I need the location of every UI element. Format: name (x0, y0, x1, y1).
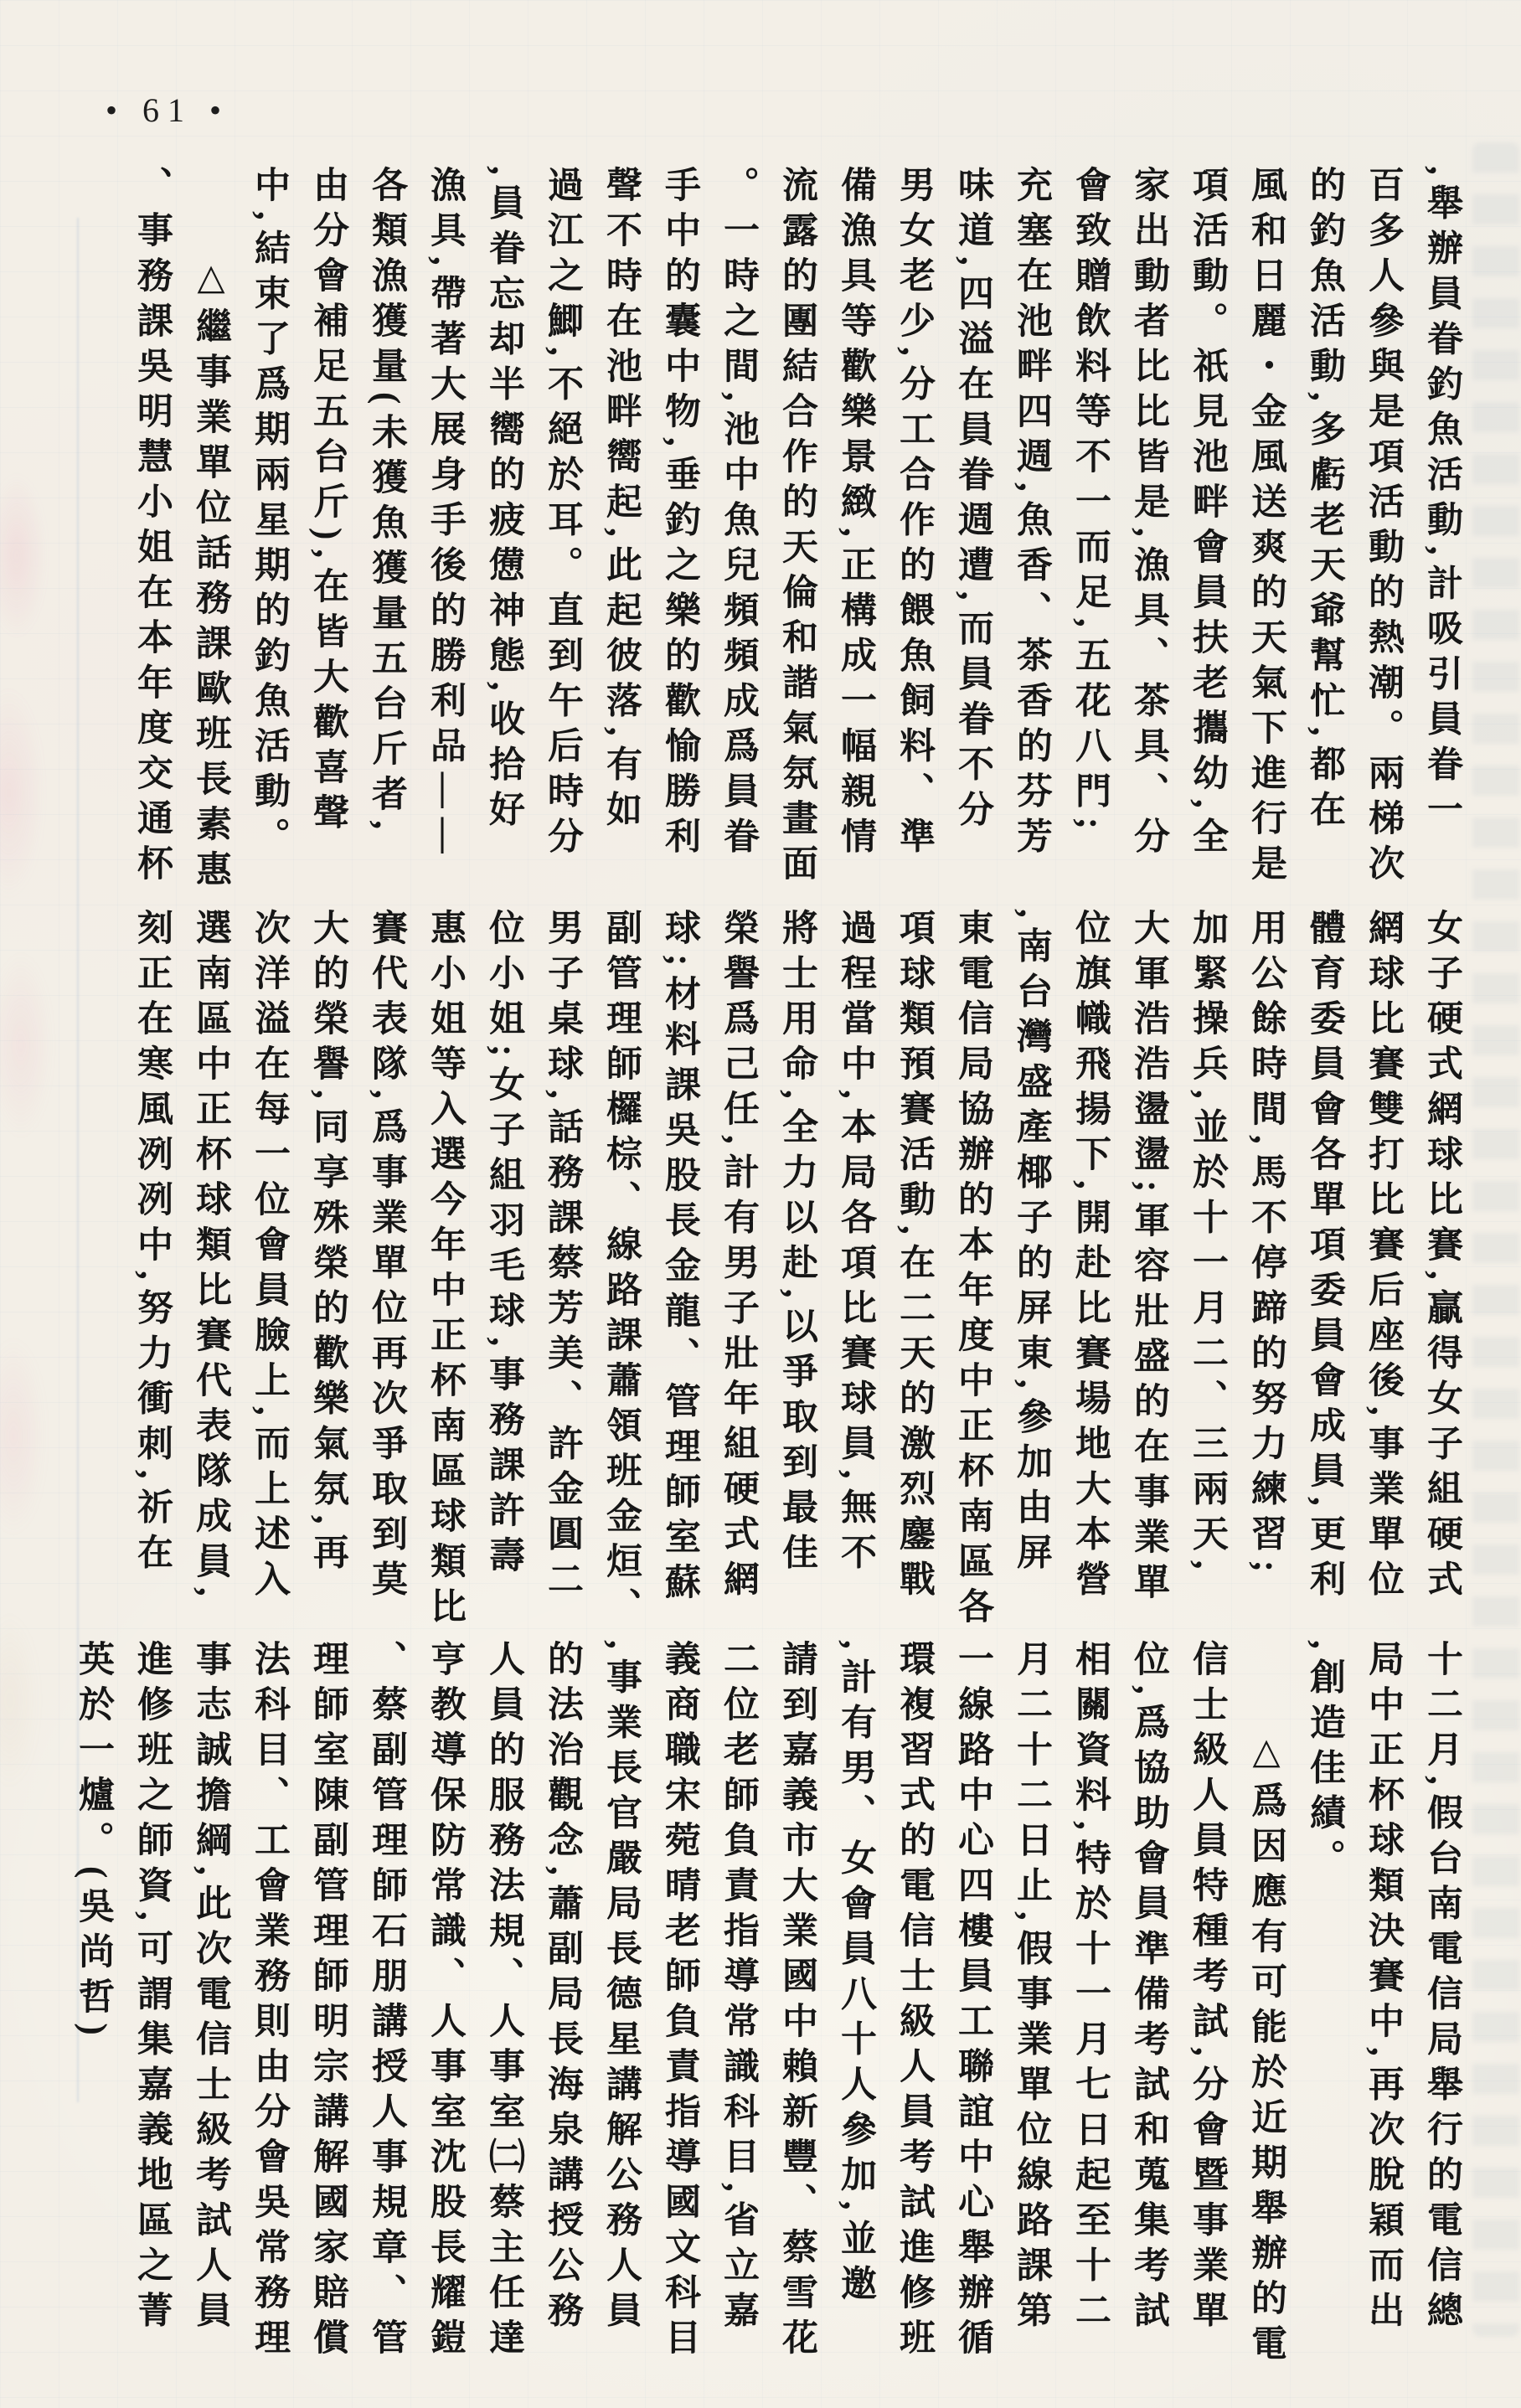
text-column: 一線路中心四樓員工聯誼中心舉辦循 (943, 1640, 1002, 2380)
text-column: ,創造佳績。 (1295, 1640, 1353, 2380)
text-column: 將士用命,全力以赴,以爭取到最佳 (767, 909, 826, 1639)
text-column: 充塞在池畔四週,魚香、茶香的芬芳 (1002, 166, 1060, 896)
text-column: ,員眷忘却半嚮的疲憊神態,收拾好 (474, 166, 533, 896)
text-column: 、蔡副管理師石朋講授人事規章、管 (357, 1640, 415, 2380)
text-column: 味道,四溢在員眷週遭,而員眷不分 (943, 166, 1002, 896)
text-column: 男子桌球,話務課蔡芳美、許金圓二 (533, 909, 591, 1639)
text-column: 環複習式的電信士級人員考試進修班 (884, 1640, 943, 2380)
left-margin-stain (0, 469, 64, 1189)
text-column: 大軍浩浩盪盪;軍容壯盛的在事業單 (1119, 909, 1178, 1639)
text-column: 。一時之間,池中魚兒頻頻成爲員眷 (709, 166, 767, 896)
text-column: 理師室陳副管理師明宗講解國家賠償 (298, 1640, 357, 2380)
text-column: 義商職宋菀晴老師負責指導國文科目 (650, 1640, 709, 2380)
text-column: 進修班之師資,可謂集嘉義地區之菁 (122, 1640, 181, 2380)
text-column: 家出動者比比皆是,漁具、茶具、分 (1119, 166, 1178, 896)
text-column: 人員的服務法規、人事室㈡蔡主任達 (474, 1640, 533, 2380)
text-column: 加緊操兵,並於十一月二、三兩天, (1178, 909, 1236, 1639)
text-column: 過江之鯽,不絕於耳。直到午后時分 (533, 166, 591, 896)
text-column: 二位老師負責指導常識科目,省立嘉 (709, 1640, 767, 2380)
text-column: 體育委員會各單項委員會成員,更利 (1295, 909, 1353, 1639)
text-column: 過程當中,本局各項比賽球員,無不 (826, 909, 884, 1639)
text-column: 球;材料課吳股長金龍、管理師室蘇 (650, 909, 709, 1639)
text-column: 的釣魚活動,多虧老天爺幫忙,都在 (1295, 166, 1353, 896)
text-column: 榮譽爲己任,計有男子壯年組硬式網 (709, 909, 767, 1639)
text-column: 亨教導保防常識、人事室沈股長耀鎧 (415, 1640, 474, 2380)
text-column: 男女老少,分工合作的餵魚飼料、準 (884, 166, 943, 896)
text-column: 項球類預賽活動,在二天的激烈鏖戰 (884, 909, 943, 1639)
article-band-middle: 女子硬式網球比賽,贏得女子組硬式網球比賽雙打比賽后座後,事業單位體育委員會各單項… (122, 909, 1471, 1639)
text-column: 相關資料,特於十一月七日起至十二 (1060, 1640, 1119, 2380)
text-column: 網球比賽雙打比賽后座後,事業單位 (1353, 909, 1412, 1639)
text-column: 月二十二日止,假事業單位線路課第 (1002, 1640, 1060, 2380)
text-column: ,計有男、女會員八十人參加,並邀 (826, 1640, 884, 2380)
page-number: • 61 • (106, 90, 229, 130)
text-column: 刻正在寒風冽冽中,努力衝刺,祈在 (122, 909, 181, 1639)
text-column: 聲不時在池畔嚮起,此起彼落,有如 (591, 166, 650, 896)
text-column: 百多人參與是項活動的熱潮。兩梯次 (1353, 166, 1412, 896)
text-column: ,南台灣盛產椰子的屏東,參加由屏 (1002, 909, 1060, 1639)
text-column: 次洋溢在每一位會員臉上,而上述入 (240, 909, 298, 1639)
text-column: 項活動。祇見池畔會員扶老攜幼,全 (1178, 166, 1236, 896)
text-column: 的法治觀念,蕭副局長海泉講授公務 (533, 1640, 591, 2380)
text-column: 流露的團結合作的天倫和諧氣氛畫面 (767, 166, 826, 896)
text-column: 選南區中正杯球類比賽代表隊成員, (181, 909, 240, 1639)
text-column: 法科目、工會業務則由分會吳常務理 (240, 1640, 298, 2380)
text-column: 惠小姐等入選今年中正杯南區球類比 (415, 909, 474, 1639)
text-column: 、事務課吳明慧小姐在本年度交通杯 (122, 166, 181, 896)
text-column: 位,爲協助會員準備考試和蒐集考試 (1119, 1640, 1178, 2380)
text-column: 十二月,假台南電信局舉行的電信總 (1412, 1640, 1471, 2380)
text-column: 英於一爐。(吳尚哲) (64, 1640, 122, 2380)
text-column: 局中正杯球類決賽中,再次脫穎而出 (1353, 1640, 1412, 2380)
text-column: 手中的囊中物,垂釣之樂的歡愉勝利 (650, 166, 709, 896)
text-column: 請到嘉義市大業國中賴新豐、蔡雪花 (767, 1640, 826, 2380)
text-column: △繼事業單位話務課歐班長素惠 (181, 166, 240, 896)
article-band-top: ,舉辦員眷釣魚活動,計吸引員眷一百多人參與是項活動的熱潮。兩梯次的釣魚活動,多虧… (122, 166, 1471, 896)
text-column: 事志誠擔綱,此次電信士級考試人員 (181, 1640, 240, 2380)
text-column: 大的榮譽,同享殊榮的歡樂氣氛,再 (298, 909, 357, 1639)
text-column: 東電信局協辦的本年度中正杯南區各 (943, 909, 1002, 1639)
text-column: 會致贈飲料等不一而足,五花八門; (1060, 166, 1119, 896)
text-column: △爲因應有可能於近期舉辦的電 (1236, 1640, 1295, 2380)
text-column: 漁具,帶著大展身手後的勝利品—— (415, 166, 474, 896)
text-column: 用公餘時間,馬不停蹄的努力練習; (1236, 909, 1295, 1639)
text-column: 位小姐;女子組羽毛球,事務課許壽 (474, 909, 533, 1639)
text-column: ,事業長官嚴局長德星講解公務人員 (591, 1640, 650, 2380)
text-column: 信士級人員特種考試,分會暨事業單 (1178, 1640, 1236, 2380)
article-band-bottom: 十二月,假台南電信局舉行的電信總局中正杯球類決賽中,再次脫穎而出,創造佳績。 △… (64, 1640, 1471, 2380)
text-column: 各類漁獲量(未獲魚獲量五台斤者, (357, 166, 415, 896)
scanned-newsletter-page: • 61 • ,舉辦員眷釣魚活動,計吸引員眷一百多人參與是項活動的熱潮。兩梯次的… (0, 0, 1521, 2408)
text-column: 賽代表隊,爲事業單位再次爭取到莫 (357, 909, 415, 1639)
bleed-through-text-right-margin (1472, 142, 1519, 2337)
text-column: 由分會補足五台斤),在皆大歡喜聲 (298, 166, 357, 896)
text-column: 位旗幟飛揚下,開赴比賽場地大本營 (1060, 909, 1119, 1639)
text-column: 備漁具等歡樂景緻,正構成一幅親情 (826, 166, 884, 896)
text-column: ,舉辦員眷釣魚活動,計吸引員眷一 (1412, 166, 1471, 896)
text-column: 副管理師欏棕、線路課蕭領班金烜、 (591, 909, 650, 1639)
left-margin-stain-lower (0, 1290, 59, 1876)
text-column: 中,結束了爲期兩星期的釣魚活動。 (240, 166, 298, 896)
text-column: 風和日麗・金風送爽的天氣下進行是 (1236, 166, 1295, 896)
text-column: 女子硬式網球比賽,贏得女子組硬式 (1412, 909, 1471, 1639)
